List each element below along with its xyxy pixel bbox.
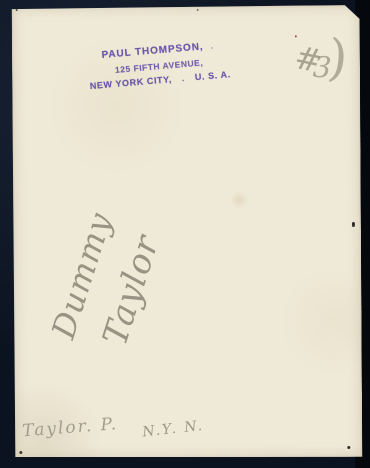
rust-speck (295, 35, 297, 37)
caption-player-name: Taylor. P. (22, 414, 119, 441)
photo-card-verso: PAUL THOMPSON,. 125 FIFTH AVENUE, NEW YO… (12, 5, 363, 459)
studio-stamp: PAUL THOMPSON,. 125 FIFTH AVENUE, NEW YO… (68, 38, 251, 93)
paper-speck (197, 9, 199, 11)
paper-speck (347, 446, 350, 449)
caption-team-abbreviation: N.Y. N. (142, 418, 205, 441)
stamp-trailing-dot: . (210, 40, 214, 50)
paper-speck (16, 9, 18, 11)
edge-nick (352, 222, 355, 227)
paper-speck (19, 451, 22, 454)
scanned-photo-background: PAUL THOMPSON,. 125 FIFTH AVENUE, NEW YO… (0, 0, 370, 468)
pencil-number-paren: ) (325, 28, 350, 88)
stamp-separator-dot: . (181, 73, 185, 83)
pencil-signature: Dummy Taylor (40, 178, 201, 354)
stamp-city-text: NEW YORK CITY, (89, 74, 172, 91)
stamp-country-text: U. S. A. (194, 69, 231, 82)
